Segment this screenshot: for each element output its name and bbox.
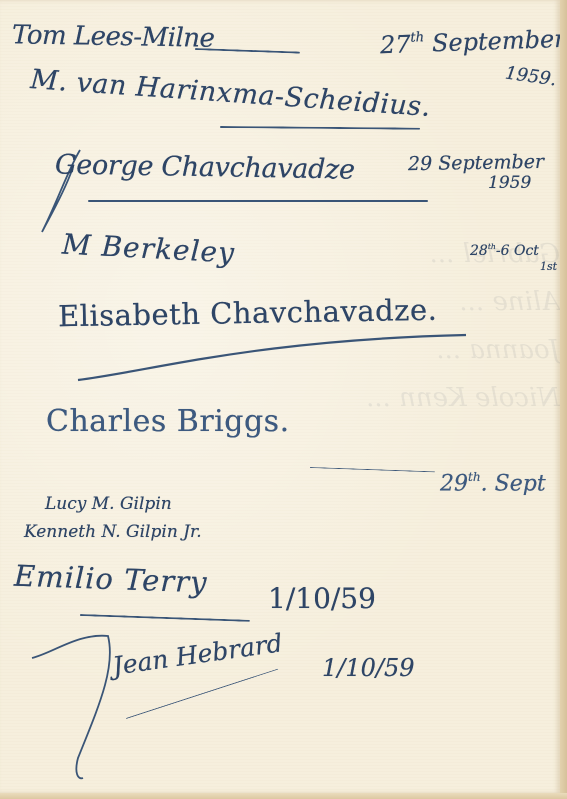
signature-charles-briggs: Charles Briggs. <box>46 404 290 439</box>
date-1-10-59: 1/10/59 <box>268 582 376 615</box>
signature-underline <box>76 330 476 390</box>
date-day: 28 <box>470 243 488 259</box>
date-year-1959: 1959. <box>504 63 558 91</box>
date-day: 29 <box>440 472 468 497</box>
date-day: 27 <box>380 30 412 59</box>
page-edge <box>560 0 567 799</box>
date-month: September <box>432 25 567 58</box>
signature-underline <box>80 614 250 622</box>
date-year-1959: 1959 <box>488 173 531 193</box>
signature-m-berkeley: M Berkeley <box>61 227 235 269</box>
date-27-september: 27th September <box>380 25 567 59</box>
date-suffix: th <box>468 470 481 484</box>
date-day: 29 <box>408 153 433 175</box>
date-suffix: th <box>488 242 496 251</box>
date-month: . Sept <box>481 472 546 497</box>
date-suffix: th <box>410 30 424 45</box>
signature-m-van-harinxma-scheidius: M. van Harinxma-Scheidius. <box>29 64 431 123</box>
signature-emilio-terry: Emilio Terry <box>13 559 208 600</box>
signature-lucy-m-gilpin: Lucy M. Gilpin <box>45 494 172 514</box>
date-28-6-oct: 28th-6 Oct <box>470 242 539 259</box>
guestbook-page: Gabriel ... Aline ... Joanna ... Nicole … <box>0 0 560 793</box>
date-month: September <box>438 151 544 175</box>
signature-elisabeth-chavchavadze: Elisabeth Chavchavadze. <box>58 293 438 334</box>
signature-kenneth-n-gilpin-jr: Kenneth N. Gilpin Jr. <box>24 522 202 542</box>
signature-underline <box>220 126 420 130</box>
signature-jean-hebrard: Jean Hebrard <box>111 628 285 681</box>
signature-underline <box>126 669 278 719</box>
signature-flourish <box>28 628 118 788</box>
date-1st: 1st <box>540 260 557 273</box>
signature-underline <box>88 200 428 202</box>
date-1-10-59: 1/10/59 <box>322 654 415 682</box>
date-29th-sept: 29th. Sept <box>440 470 546 497</box>
signature-george-chavchavadze: George Chavchavadze <box>55 149 355 185</box>
date-29-september: 29 September <box>408 151 544 175</box>
date-month: -6 Oct <box>496 243 539 259</box>
signature-tom-lees-milne: Tom Lees-Milne <box>12 20 215 54</box>
page-edge <box>0 793 567 799</box>
